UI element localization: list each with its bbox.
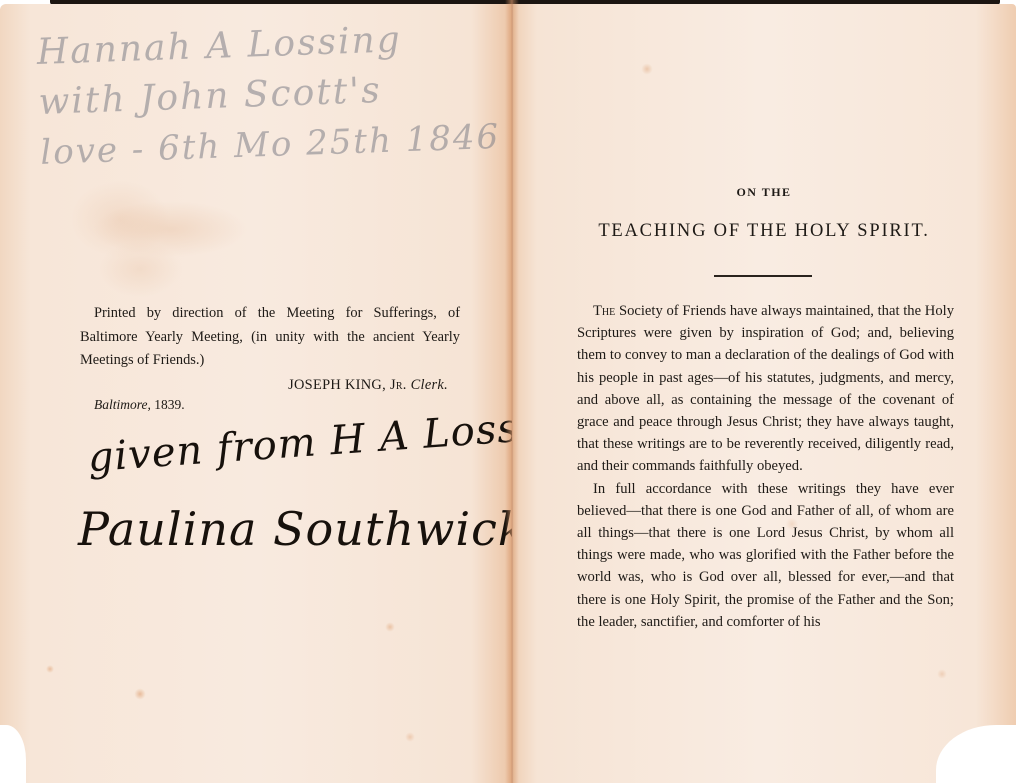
heading-small: ON THE <box>512 185 1016 200</box>
body-paragraph-2: In full accordance with these writings t… <box>577 478 954 633</box>
paragraph-text: In full accordance with these writings t… <box>577 481 954 630</box>
imprint-place: Baltimore, <box>94 397 151 412</box>
ink-line-2: Paulina Southwick <box>78 498 518 560</box>
book-spread: Hannah A Lossing with John Scott's love … <box>0 0 1024 783</box>
page-title: TEACHING OF THE HOLY SPIRIT. <box>512 221 1016 242</box>
torn-corner-bottom-left <box>0 725 26 783</box>
body-text: The Society of Friends have always maint… <box>577 300 954 633</box>
clerk-suffix: Jr. <box>390 377 407 393</box>
paragraph-text: Society of Friends have always maintaine… <box>577 303 954 474</box>
imprint-block: Printed by direction of the Meeting for … <box>80 302 460 417</box>
clerk-title: Clerk. <box>411 377 448 393</box>
torn-corner-bottom-right <box>936 725 1016 783</box>
clerk-name: JOSEPH KING, <box>288 377 386 393</box>
body-paragraph-1: The Society of Friends have always maint… <box>577 300 954 478</box>
imprint-paragraph: Printed by direction of the Meeting for … <box>80 302 460 373</box>
ink-inscription: given from H A Lossing Paulina Southwick <box>78 428 518 560</box>
pencil-inscription: Hannah A Lossing with John Scott's love … <box>36 12 501 178</box>
book-spine <box>505 0 519 783</box>
title-rule-divider <box>714 275 812 277</box>
paragraph-lead-word: The <box>593 303 615 319</box>
imprint-year: 1839. <box>154 397 184 412</box>
